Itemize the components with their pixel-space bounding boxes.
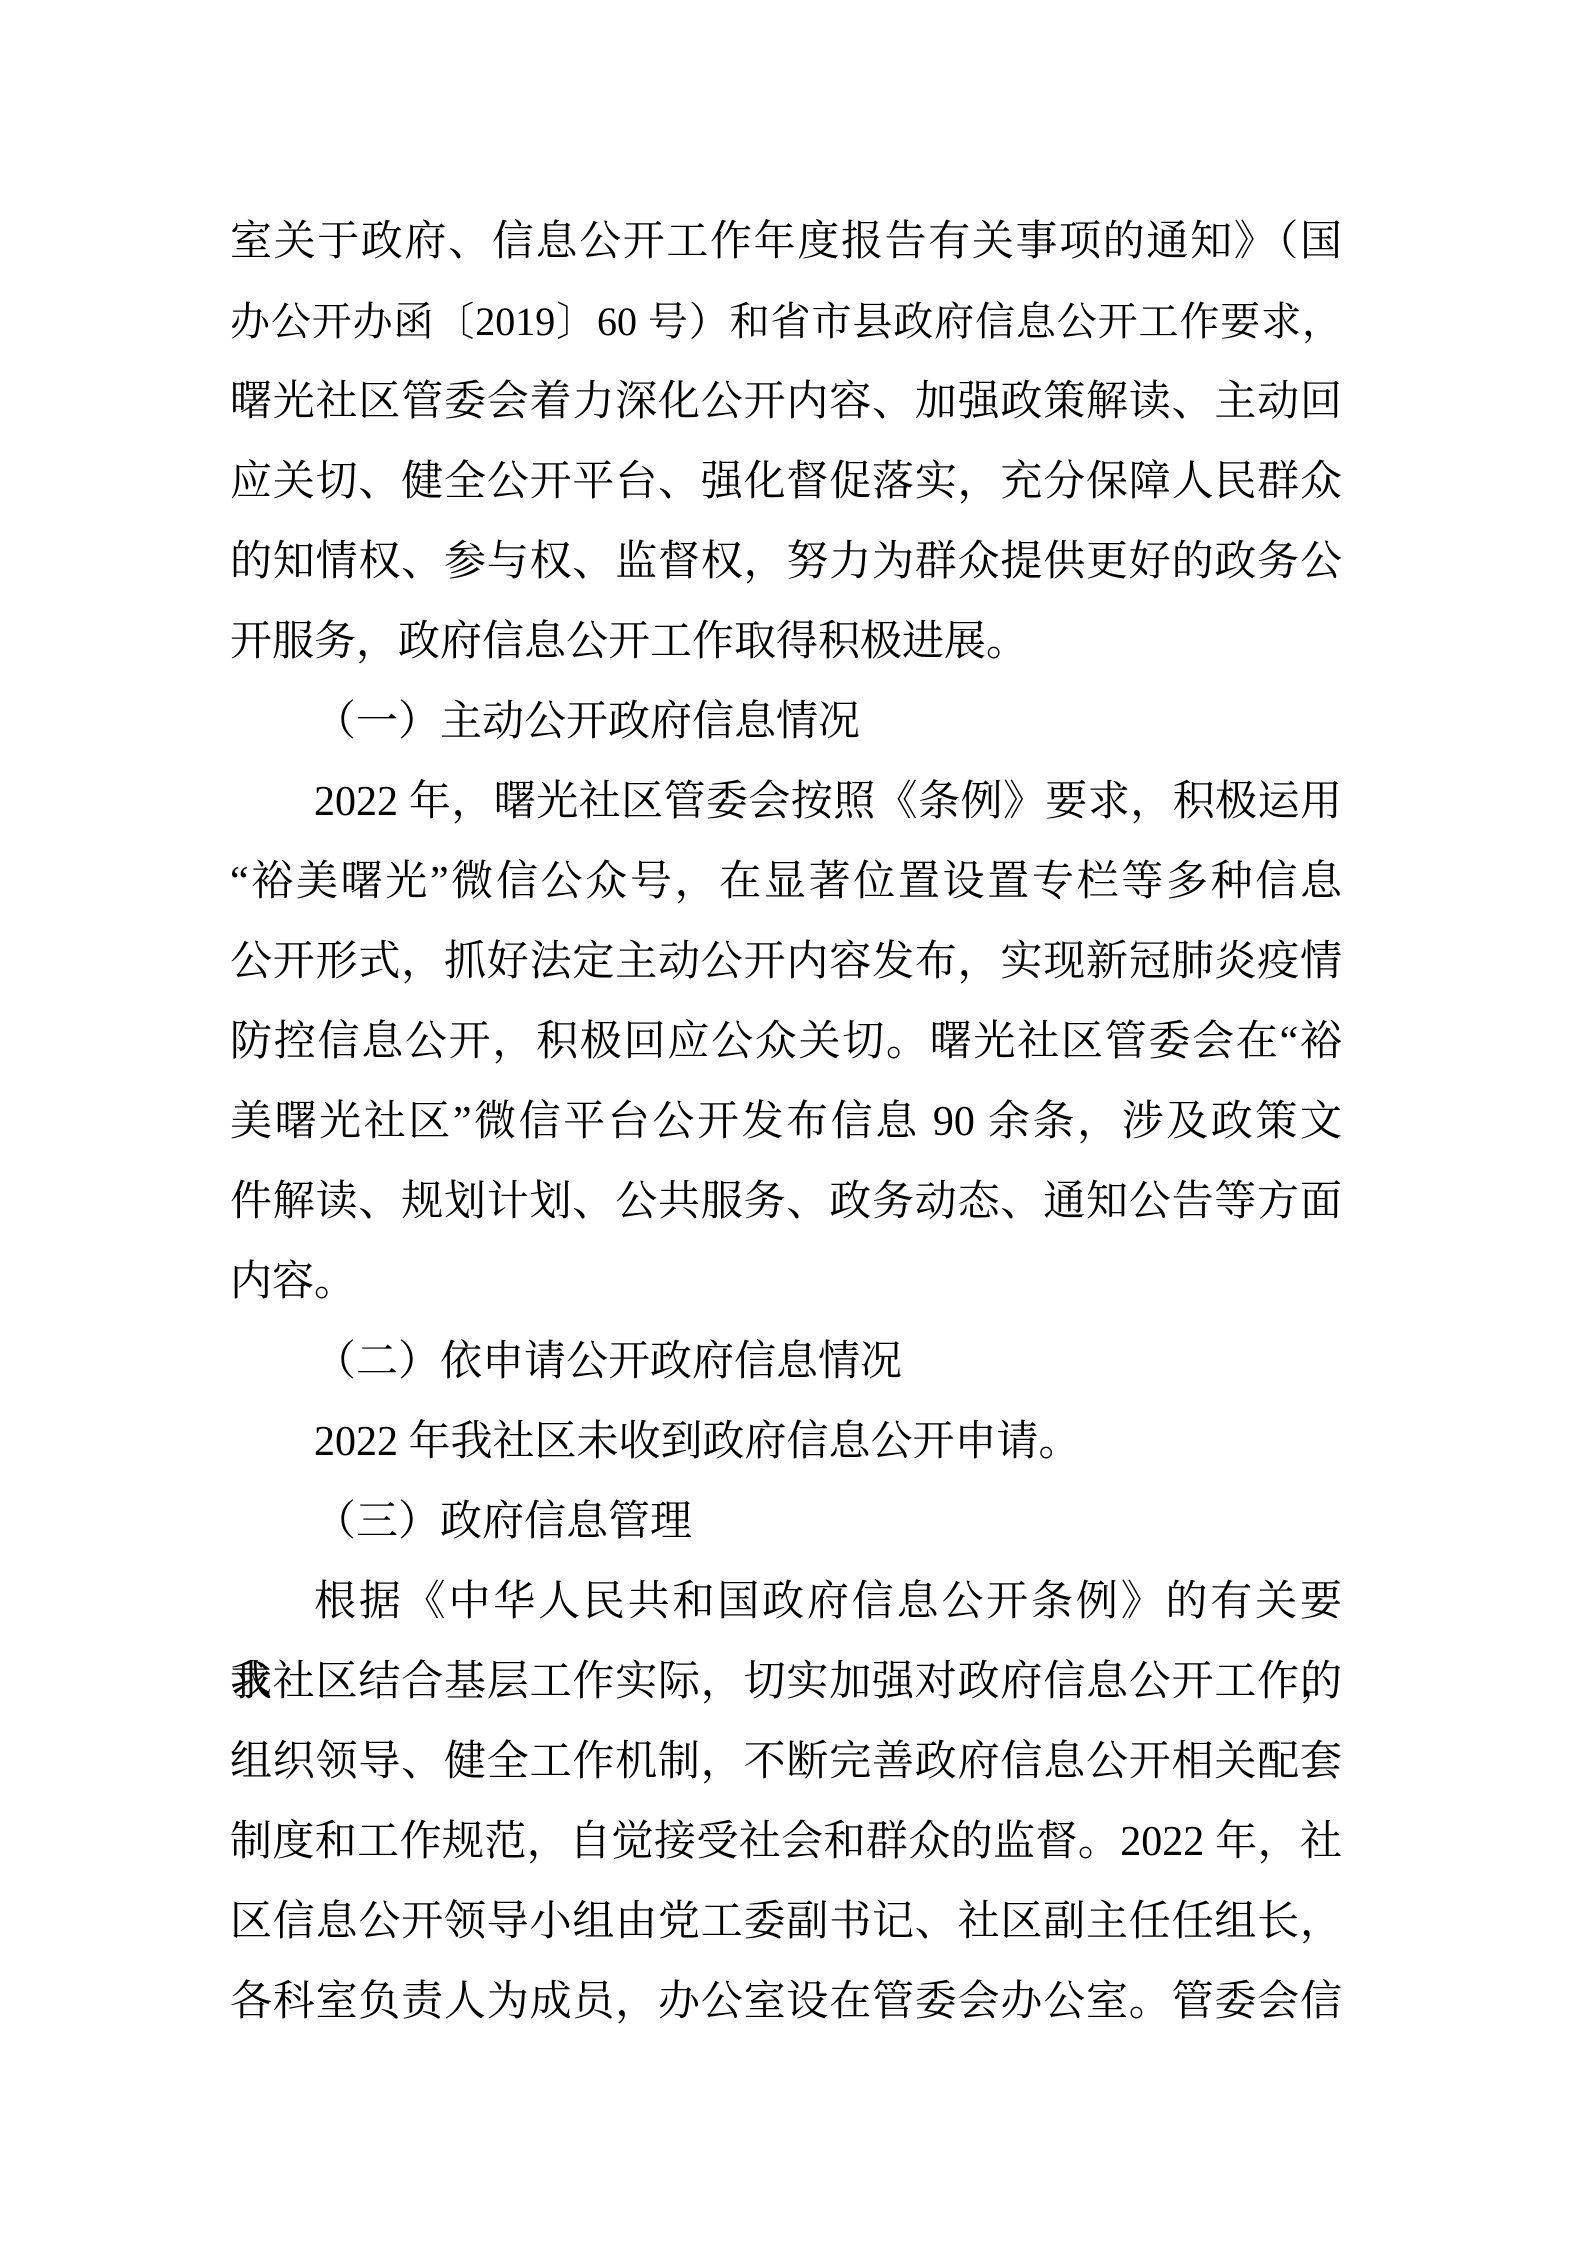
section-heading: （二）依申请公开政府信息情况	[230, 1322, 1342, 1402]
section-heading: （三）政府信息管理	[230, 1482, 1342, 1562]
doc-line: 制度和工作规范，自觉接受社会和群众的监督。2022 年，社	[230, 1802, 1342, 1882]
doc-line: 我社区结合基层工作实际，切实加强对政府信息公开工作的	[230, 1642, 1342, 1722]
doc-line: 2022 年我社区未收到政府信息公开申请。	[230, 1402, 1342, 1482]
doc-line: 曙光社区管委会着力深化公开内容、加强政策解读、主动回	[230, 362, 1342, 442]
doc-line: 内容。	[230, 1242, 1342, 1322]
doc-line: “裕美曙光”微信公众号，在显著位置设置专栏等多种信息	[230, 842, 1342, 922]
document-page: 室关于政府、信息公开工作年度报告有关事项的通知》（国 办公开办函〔2019〕60…	[0, 0, 1587, 2245]
doc-line: 公开形式，抓好法定主动公开内容发布，实现新冠肺炎疫情	[230, 922, 1342, 1002]
doc-line: 防控信息公开，积极回应公众关切。曙光社区管委会在“裕	[230, 1002, 1342, 1082]
doc-line: 开服务，政府信息公开工作取得积极进展。	[230, 602, 1342, 682]
doc-line: 区信息公开领导小组由党工委副书记、社区副主任任组长，	[230, 1882, 1342, 1962]
doc-line: 室关于政府、信息公开工作年度报告有关事项的通知》（国	[230, 202, 1342, 282]
doc-line: 各科室负责人为成员，办公室设在管委会办公室。管委会信	[230, 1962, 1342, 2042]
doc-line: 组织领导、健全工作机制，不断完善政府信息公开相关配套	[230, 1722, 1342, 1802]
doc-line: 办公开办函〔2019〕60 号）和省市县政府信息公开工作要求，	[230, 282, 1342, 362]
doc-line: 根据《中华人民共和国政府信息公开条例》的有关要求，	[230, 1562, 1342, 1642]
doc-line: 件解读、规划计划、公共服务、政务动态、通知公告等方面	[230, 1162, 1342, 1242]
doc-line: 应关切、健全公开平台、强化督促落实，充分保障人民群众	[230, 442, 1342, 522]
document-text-block: 室关于政府、信息公开工作年度报告有关事项的通知》（国 办公开办函〔2019〕60…	[230, 202, 1342, 2042]
doc-line: 2022 年，曙光社区管委会按照《条例》要求，积极运用	[230, 762, 1342, 842]
doc-line: 的知情权、参与权、监督权，努力为群众提供更好的政务公	[230, 522, 1342, 602]
doc-line: 美曙光社区”微信平台公开发布信息 90 余条，涉及政策文	[230, 1082, 1342, 1162]
section-heading: （一）主动公开政府信息情况	[230, 682, 1342, 762]
